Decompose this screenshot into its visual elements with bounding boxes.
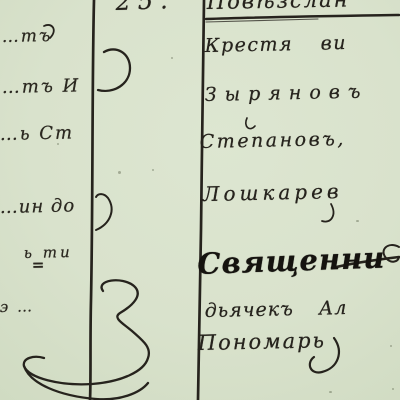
- word-fragment: …ь Ст: [0, 122, 74, 145]
- paper-speck: [392, 388, 394, 390]
- handwritten-line: Лошкарев: [202, 179, 342, 206]
- handwritten-line: Крестя ви: [205, 32, 348, 57]
- capital-curl-icon: [384, 245, 399, 262]
- paper-speck: [152, 169, 154, 171]
- handwritten-line: дьячекъ Ал: [205, 297, 348, 322]
- word-fragment: …тъ И: [2, 75, 81, 98]
- handwritten-line: Пономарь: [197, 328, 326, 355]
- entry-number: 25.: [115, 0, 175, 16]
- handwritten-line-bold: Священни: [197, 240, 386, 281]
- handwritten-line: Степановъ,: [200, 128, 347, 153]
- row-brace-curl-icon: [98, 49, 130, 90]
- header-underline-echo: [206, 19, 318, 22]
- column-header: Повѣзслан: [207, 0, 350, 14]
- paper-speck: [302, 142, 304, 144]
- word-fragment: …ин до: [0, 195, 75, 218]
- loshkarev-descender-stroke: [322, 204, 333, 222]
- column-rule-left-line: [90, 0, 94, 400]
- word-fragment: …тъ: [2, 26, 53, 47]
- paper-speck: [171, 57, 173, 59]
- signature-paraph-tail: [24, 366, 148, 399]
- paper-speck: [329, 391, 332, 393]
- zyryanov-descender-stroke: [246, 118, 255, 129]
- paper-speck: [118, 171, 121, 174]
- manuscript-scan-page: 25. Повѣзслан Крестя ви Зыряновъ Степано…: [0, 0, 400, 400]
- ditto-mark: =: [32, 256, 45, 274]
- paper-speck: [356, 220, 359, 222]
- paper-speck: [57, 143, 59, 145]
- paper-speck: [390, 345, 392, 347]
- header-underline: [206, 15, 399, 19]
- handwritten-line: Зыряновъ: [205, 81, 369, 106]
- word-fragment: э …: [0, 297, 34, 316]
- signature-paraph-icon: [24, 280, 149, 384]
- paren-curl-icon: [96, 194, 112, 230]
